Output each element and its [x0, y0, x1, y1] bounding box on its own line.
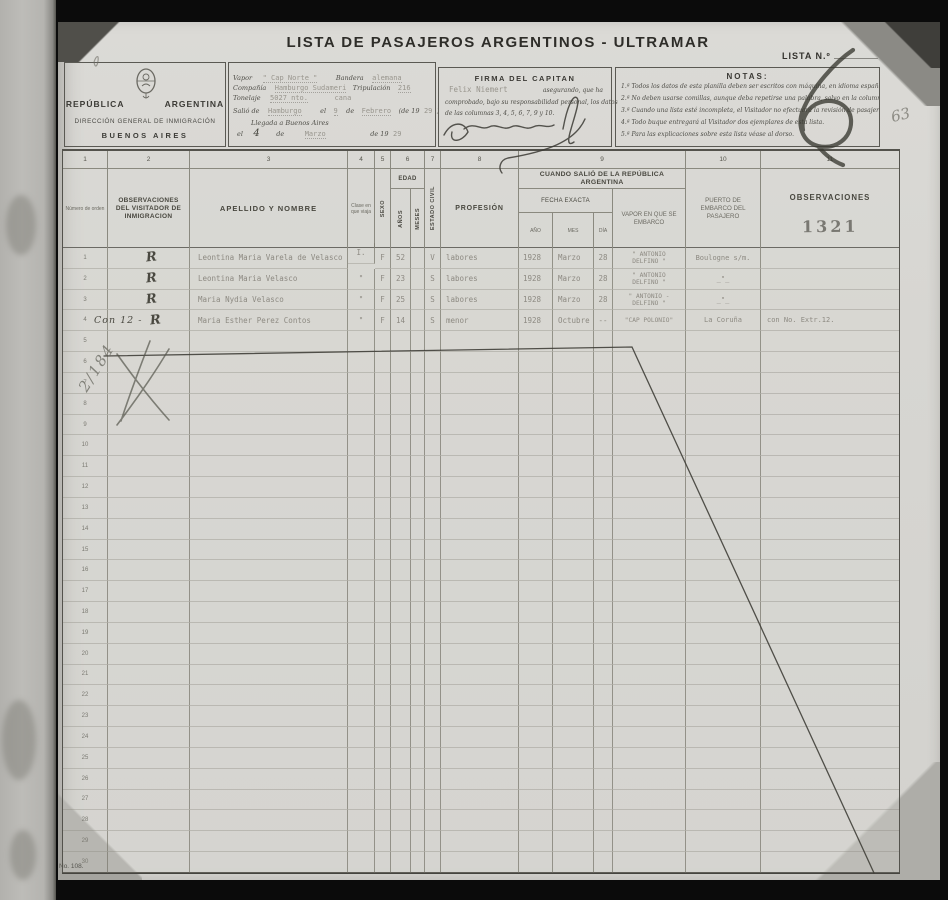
cell-obs2: con No. Extr.12.	[761, 310, 899, 331]
header-sexo: SEXO	[380, 200, 386, 217]
handwritten-rubric: R	[150, 312, 162, 328]
cell-obs2	[761, 685, 899, 706]
header-meses: MESES	[415, 208, 421, 230]
cell-prof	[441, 519, 519, 540]
cell-prof	[441, 456, 519, 477]
cell-dia	[594, 373, 613, 394]
cell-mes: Marzo	[553, 248, 594, 269]
cell-mes	[553, 560, 594, 581]
cell-mes	[553, 352, 594, 373]
cell-dia	[594, 477, 613, 498]
cell-obs2	[761, 706, 899, 727]
cell-meses	[411, 456, 425, 477]
cell-puerto	[686, 748, 761, 769]
cell-prof	[441, 331, 519, 352]
cell-vapor	[613, 352, 686, 373]
cell-prof	[441, 810, 519, 831]
cell-ano: 1928	[519, 248, 553, 269]
cell-dia	[594, 415, 613, 436]
org-city: BUENOS AIRES	[65, 131, 225, 140]
notes-title: NOTAS:	[616, 72, 879, 81]
page-corner-fold-top-left	[58, 22, 140, 62]
cell-obs2	[761, 831, 899, 852]
header-vapor-embarco: VAPOR EN QUE SE EMBARCO	[613, 189, 686, 248]
row-number: 21	[63, 665, 108, 686]
cell-vapor	[613, 727, 686, 748]
cell-dia	[594, 685, 613, 706]
cell-obs2	[761, 331, 899, 352]
handwritten-rubric: R	[145, 271, 157, 287]
cell-puerto	[686, 560, 761, 581]
cell-dia: 28	[594, 269, 613, 290]
pencil-smudge	[2, 700, 36, 780]
cell-mes	[553, 373, 594, 394]
argentina-coat-of-arms-icon	[134, 67, 158, 101]
cell-vapor	[613, 810, 686, 831]
row-number: 9	[63, 415, 108, 436]
cell-clase	[348, 852, 375, 873]
handwritten-rubric: R	[145, 250, 157, 266]
cell-clase	[348, 644, 375, 665]
cell-sexo	[375, 727, 391, 748]
cell-meses	[411, 269, 425, 290]
row-number: 11	[63, 456, 108, 477]
cell-vapor	[613, 685, 686, 706]
header-ano: AÑO	[519, 213, 553, 248]
col-number-7: 7	[425, 151, 441, 169]
row-number: 23	[63, 706, 108, 727]
cell-anos	[391, 790, 411, 811]
cell-obs	[108, 498, 190, 519]
cell-obs2	[761, 852, 899, 873]
cell-ano	[519, 352, 553, 373]
cell-name	[190, 435, 348, 456]
cell-obs	[108, 623, 190, 644]
cell-estado	[425, 581, 441, 602]
cell-vapor	[613, 477, 686, 498]
cell-ano: 1928	[519, 290, 553, 311]
cell-estado	[425, 790, 441, 811]
cell-meses	[411, 706, 425, 727]
cell-obs2	[761, 727, 899, 748]
cell-estado	[425, 727, 441, 748]
cell-obs	[108, 415, 190, 436]
cell-vapor	[613, 498, 686, 519]
cell-name: Maria Nydia Velasco	[190, 290, 348, 311]
cell-puerto	[686, 602, 761, 623]
cell-ano	[519, 415, 553, 436]
header-mes: MES	[553, 213, 594, 248]
cell-name	[190, 665, 348, 686]
cell-obs	[108, 394, 190, 415]
cell-anos	[391, 706, 411, 727]
cell-name	[190, 477, 348, 498]
cell-obs: R	[108, 248, 190, 269]
lista-number-blank-line	[834, 51, 878, 59]
captain-line1: asegurando, que ha	[543, 87, 603, 94]
cell-dia	[594, 394, 613, 415]
cell-obs	[108, 373, 190, 394]
col-number-6: 6	[391, 151, 425, 169]
cell-ano	[519, 394, 553, 415]
header-dia: DÍA	[594, 213, 613, 248]
cell-meses	[411, 602, 425, 623]
cell-prof	[441, 706, 519, 727]
cell-mes	[553, 456, 594, 477]
cell-clase	[348, 415, 375, 436]
cell-dia: 28	[594, 248, 613, 269]
de19-label: (de 19	[399, 107, 420, 115]
row-number: 28	[63, 810, 108, 831]
llegada-year-value: 29	[393, 130, 401, 138]
captain-line3: de las columnas 3, 4, 5, 6, 7, 9 y 10.	[445, 110, 554, 117]
cell-puerto	[686, 852, 761, 873]
cell-dia	[594, 790, 613, 811]
cell-prof	[441, 581, 519, 602]
cell-dia	[594, 540, 613, 561]
cell-clase	[348, 540, 375, 561]
cell-prof	[441, 477, 519, 498]
llegada-de-label: de	[276, 130, 284, 138]
cell-anos	[391, 685, 411, 706]
cell-obs2	[761, 602, 899, 623]
typed-line: " ANTONIO	[632, 251, 666, 258]
cell-mes	[553, 790, 594, 811]
cell-obs	[108, 852, 190, 873]
row-number: 1	[63, 248, 108, 269]
cell-prof	[441, 540, 519, 561]
cell-sexo	[375, 540, 391, 561]
cell-anos	[391, 498, 411, 519]
captain-signature-box: FIRMA DEL CAPITAN Felix Niemert aseguran…	[438, 67, 612, 147]
cell-sexo	[375, 352, 391, 373]
handwritten-con-annotation: Con 12 -	[94, 315, 142, 326]
cell-dia	[594, 456, 613, 477]
captain-typed-name: Felix Niemert	[449, 85, 508, 94]
cell-clase	[348, 435, 375, 456]
typed-line: "CAP POLONIO"	[625, 317, 673, 324]
cell-mes	[553, 477, 594, 498]
row-number: 15	[63, 540, 108, 561]
cell-name	[190, 456, 348, 477]
cell-clase	[348, 394, 375, 415]
cell-anos	[391, 477, 411, 498]
cell-obs	[108, 331, 190, 352]
cell-prof	[441, 623, 519, 644]
cell-anos	[391, 644, 411, 665]
cell-meses	[411, 498, 425, 519]
pencil-smudge	[6, 195, 36, 255]
cell-meses	[411, 290, 425, 311]
header-profesion: PROFESIÓN	[441, 169, 519, 248]
cell-vapor	[613, 706, 686, 727]
col-number-8: 8	[441, 151, 519, 169]
cell-ano	[519, 685, 553, 706]
cell-estado	[425, 435, 441, 456]
cell-mes	[553, 810, 594, 831]
cell-meses	[411, 769, 425, 790]
cell-anos	[391, 456, 411, 477]
cell-name: Maria Esther Perez Contos	[190, 310, 348, 331]
cell-puerto: La Coruña	[686, 310, 761, 331]
cell-meses	[411, 477, 425, 498]
tripulacion-label: Tripulación	[353, 84, 391, 92]
cell-obs	[108, 560, 190, 581]
cell-vapor	[613, 644, 686, 665]
header-numero-orden: Número de orden	[63, 169, 108, 248]
cell-mes	[553, 852, 594, 873]
header-observaciones-visitador: OBSERVACIONES DEL VISITADOR DE INMIGRACI…	[108, 169, 190, 248]
cell-ano	[519, 769, 553, 790]
cell-dia	[594, 560, 613, 581]
row-number: 10	[63, 435, 108, 456]
cell-obs	[108, 456, 190, 477]
cell-anos: 25	[391, 290, 411, 311]
cell-prof: labores	[441, 269, 519, 290]
cell-prof	[441, 831, 519, 852]
cell-obs2	[761, 644, 899, 665]
passenger-table: 1 2 3 4 5 6 7 8 9 10 11 Número de orden …	[62, 149, 900, 874]
cell-estado: V	[425, 248, 441, 269]
cell-mes	[553, 727, 594, 748]
cell-clase: I.	[348, 243, 375, 264]
cell-estado	[425, 602, 441, 623]
cell-obs2	[761, 435, 899, 456]
cell-estado	[425, 685, 441, 706]
cell-sexo	[375, 477, 391, 498]
cell-ano	[519, 540, 553, 561]
org-direccion: DIRECCIÓN GENERAL DE INMIGRACIÓN	[65, 118, 225, 125]
cell-ano	[519, 623, 553, 644]
cell-estado	[425, 831, 441, 852]
cell-prof	[441, 769, 519, 790]
cell-mes: Marzo	[553, 290, 594, 311]
cell-obs	[108, 748, 190, 769]
header-cuando-salio: CUANDO SALIÓ DE LA REPÚBLICA ARGENTINA	[519, 169, 686, 189]
row-number: 17	[63, 581, 108, 602]
cell-prof	[441, 498, 519, 519]
cell-dia	[594, 623, 613, 644]
cell-puerto	[686, 540, 761, 561]
cell-dia	[594, 352, 613, 373]
cell-mes	[553, 435, 594, 456]
cell-vapor	[613, 665, 686, 686]
cell-name	[190, 790, 348, 811]
cell-estado	[425, 498, 441, 519]
row-number: 2	[63, 269, 108, 290]
cell-name	[190, 644, 348, 665]
cell-estado	[425, 560, 441, 581]
cell-dia	[594, 748, 613, 769]
cell-obs2	[761, 540, 899, 561]
cell-clase	[348, 581, 375, 602]
cell-puerto	[686, 623, 761, 644]
table-header: 1 2 3 4 5 6 7 8 9 10 11 Número de orden …	[63, 151, 899, 248]
cell-puerto	[686, 435, 761, 456]
cell-puerto	[686, 810, 761, 831]
cell-estado: S	[425, 269, 441, 290]
cell-name: Leontina Maria Velasco	[190, 269, 348, 290]
cell-name	[190, 810, 348, 831]
cell-prof	[441, 373, 519, 394]
cell-estado	[425, 519, 441, 540]
cell-obs: R	[108, 290, 190, 311]
cell-puerto	[686, 727, 761, 748]
cell-ano: 1928	[519, 310, 553, 331]
cell-anos	[391, 769, 411, 790]
cell-obs	[108, 685, 190, 706]
cell-obs	[108, 831, 190, 852]
document-page: LISTA DE PASAJEROS ARGENTINOS - ULTRAMAR…	[58, 22, 940, 880]
cell-ano	[519, 560, 553, 581]
cell-meses	[411, 519, 425, 540]
cell-name	[190, 560, 348, 581]
cell-clase	[348, 331, 375, 352]
cell-dia	[594, 727, 613, 748]
form-number: No. 108.	[58, 863, 84, 870]
cell-name	[190, 623, 348, 644]
cell-sexo	[375, 415, 391, 436]
cell-estado	[425, 415, 441, 436]
cell-anos	[391, 831, 411, 852]
row-number: 14	[63, 519, 108, 540]
cell-obs	[108, 769, 190, 790]
cell-clase	[348, 477, 375, 498]
cell-prof	[441, 852, 519, 873]
cell-mes	[553, 602, 594, 623]
cell-ano	[519, 581, 553, 602]
cell-anos: 14	[391, 310, 411, 331]
cell-ano	[519, 727, 553, 748]
cell-meses	[411, 540, 425, 561]
cell-vapor	[613, 581, 686, 602]
cell-vapor: " ANTONIODELFINO "	[613, 269, 686, 290]
cell-clase	[348, 790, 375, 811]
cell-obs	[108, 352, 190, 373]
cell-meses	[411, 331, 425, 352]
cell-meses	[411, 852, 425, 873]
cell-name	[190, 352, 348, 373]
cell-sexo	[375, 831, 391, 852]
org-republica: REPÚBLICA	[66, 99, 124, 109]
cell-obs2	[761, 665, 899, 686]
cell-estado	[425, 477, 441, 498]
cell-mes	[553, 685, 594, 706]
cell-sexo	[375, 852, 391, 873]
cell-prof	[441, 394, 519, 415]
cell-estado	[425, 331, 441, 352]
row-number: 8	[63, 394, 108, 415]
cell-mes	[553, 415, 594, 436]
cell-sexo	[375, 331, 391, 352]
cell-estado	[425, 623, 441, 644]
cell-sexo	[375, 769, 391, 790]
col-number-5: 5	[375, 151, 391, 169]
cell-puerto	[686, 519, 761, 540]
cell-sexo	[375, 373, 391, 394]
cell-sexo: F	[375, 269, 391, 290]
col-number-4: 4	[348, 151, 375, 169]
cell-puerto	[686, 665, 761, 686]
row-number: 3	[63, 290, 108, 311]
cell-obs	[108, 644, 190, 665]
cell-ano	[519, 852, 553, 873]
cell-anos	[391, 435, 411, 456]
cell-name	[190, 581, 348, 602]
header-puerto-embarco: PUERTO DE EMBARCO DEL PASAJERO	[686, 169, 761, 248]
cell-mes	[553, 706, 594, 727]
cell-mes: Octubre	[553, 310, 594, 331]
cell-puerto	[686, 831, 761, 852]
row-number: 22	[63, 685, 108, 706]
cell-prof	[441, 685, 519, 706]
cell-ano	[519, 602, 553, 623]
cell-ano	[519, 831, 553, 852]
pencil-smudge	[10, 830, 36, 880]
cell-dia	[594, 831, 613, 852]
cell-obs2	[761, 748, 899, 769]
col-number-9: 9	[519, 151, 686, 169]
cell-anos	[391, 810, 411, 831]
cell-vapor: " ANTONIO -DELFINO "	[613, 290, 686, 311]
cell-anos	[391, 623, 411, 644]
cell-name	[190, 331, 348, 352]
cell-vapor	[613, 540, 686, 561]
note-item-1: 1.ª Todos los datos de esta planilla deb…	[621, 83, 880, 90]
cell-prof	[441, 435, 519, 456]
cell-puerto	[686, 477, 761, 498]
cell-mes: Marzo	[553, 269, 594, 290]
cell-mes	[553, 540, 594, 561]
cell-sexo: F	[375, 290, 391, 311]
cell-dia	[594, 769, 613, 790]
captain-box-title: FIRMA DEL CAPITAN	[439, 74, 611, 83]
row-number: 5	[63, 331, 108, 352]
cell-clase	[348, 623, 375, 644]
cell-obs2	[761, 560, 899, 581]
cell-mes	[553, 623, 594, 644]
cell-prof	[441, 727, 519, 748]
cell-obs	[108, 540, 190, 561]
cell-dia	[594, 665, 613, 686]
cell-sexo	[375, 665, 391, 686]
row-number: 26	[63, 769, 108, 790]
cell-obs2	[761, 352, 899, 373]
cell-name	[190, 769, 348, 790]
cell-puerto: _"_	[686, 290, 761, 311]
cell-clase: "	[348, 290, 375, 311]
cell-meses	[411, 685, 425, 706]
cell-clase	[348, 748, 375, 769]
cell-puerto	[686, 352, 761, 373]
cell-clase	[348, 685, 375, 706]
cell-dia: 28	[594, 290, 613, 311]
cell-vapor	[613, 373, 686, 394]
cell-sexo	[375, 644, 391, 665]
cell-dia	[594, 581, 613, 602]
cell-prof: menor	[441, 310, 519, 331]
cell-obs2	[761, 581, 899, 602]
cell-vapor	[613, 769, 686, 790]
cell-vapor: "CAP POLONIO"	[613, 310, 686, 331]
header-fecha-exacta: FECHA EXACTA	[519, 189, 613, 213]
col-number-1: 1	[63, 151, 108, 169]
cell-puerto	[686, 769, 761, 790]
cell-obs2	[761, 498, 899, 519]
row-number: 19	[63, 623, 108, 644]
cell-mes	[553, 498, 594, 519]
ship-info-box: Vapor " Cap Norte " Bandera alemana Comp…	[228, 62, 436, 147]
